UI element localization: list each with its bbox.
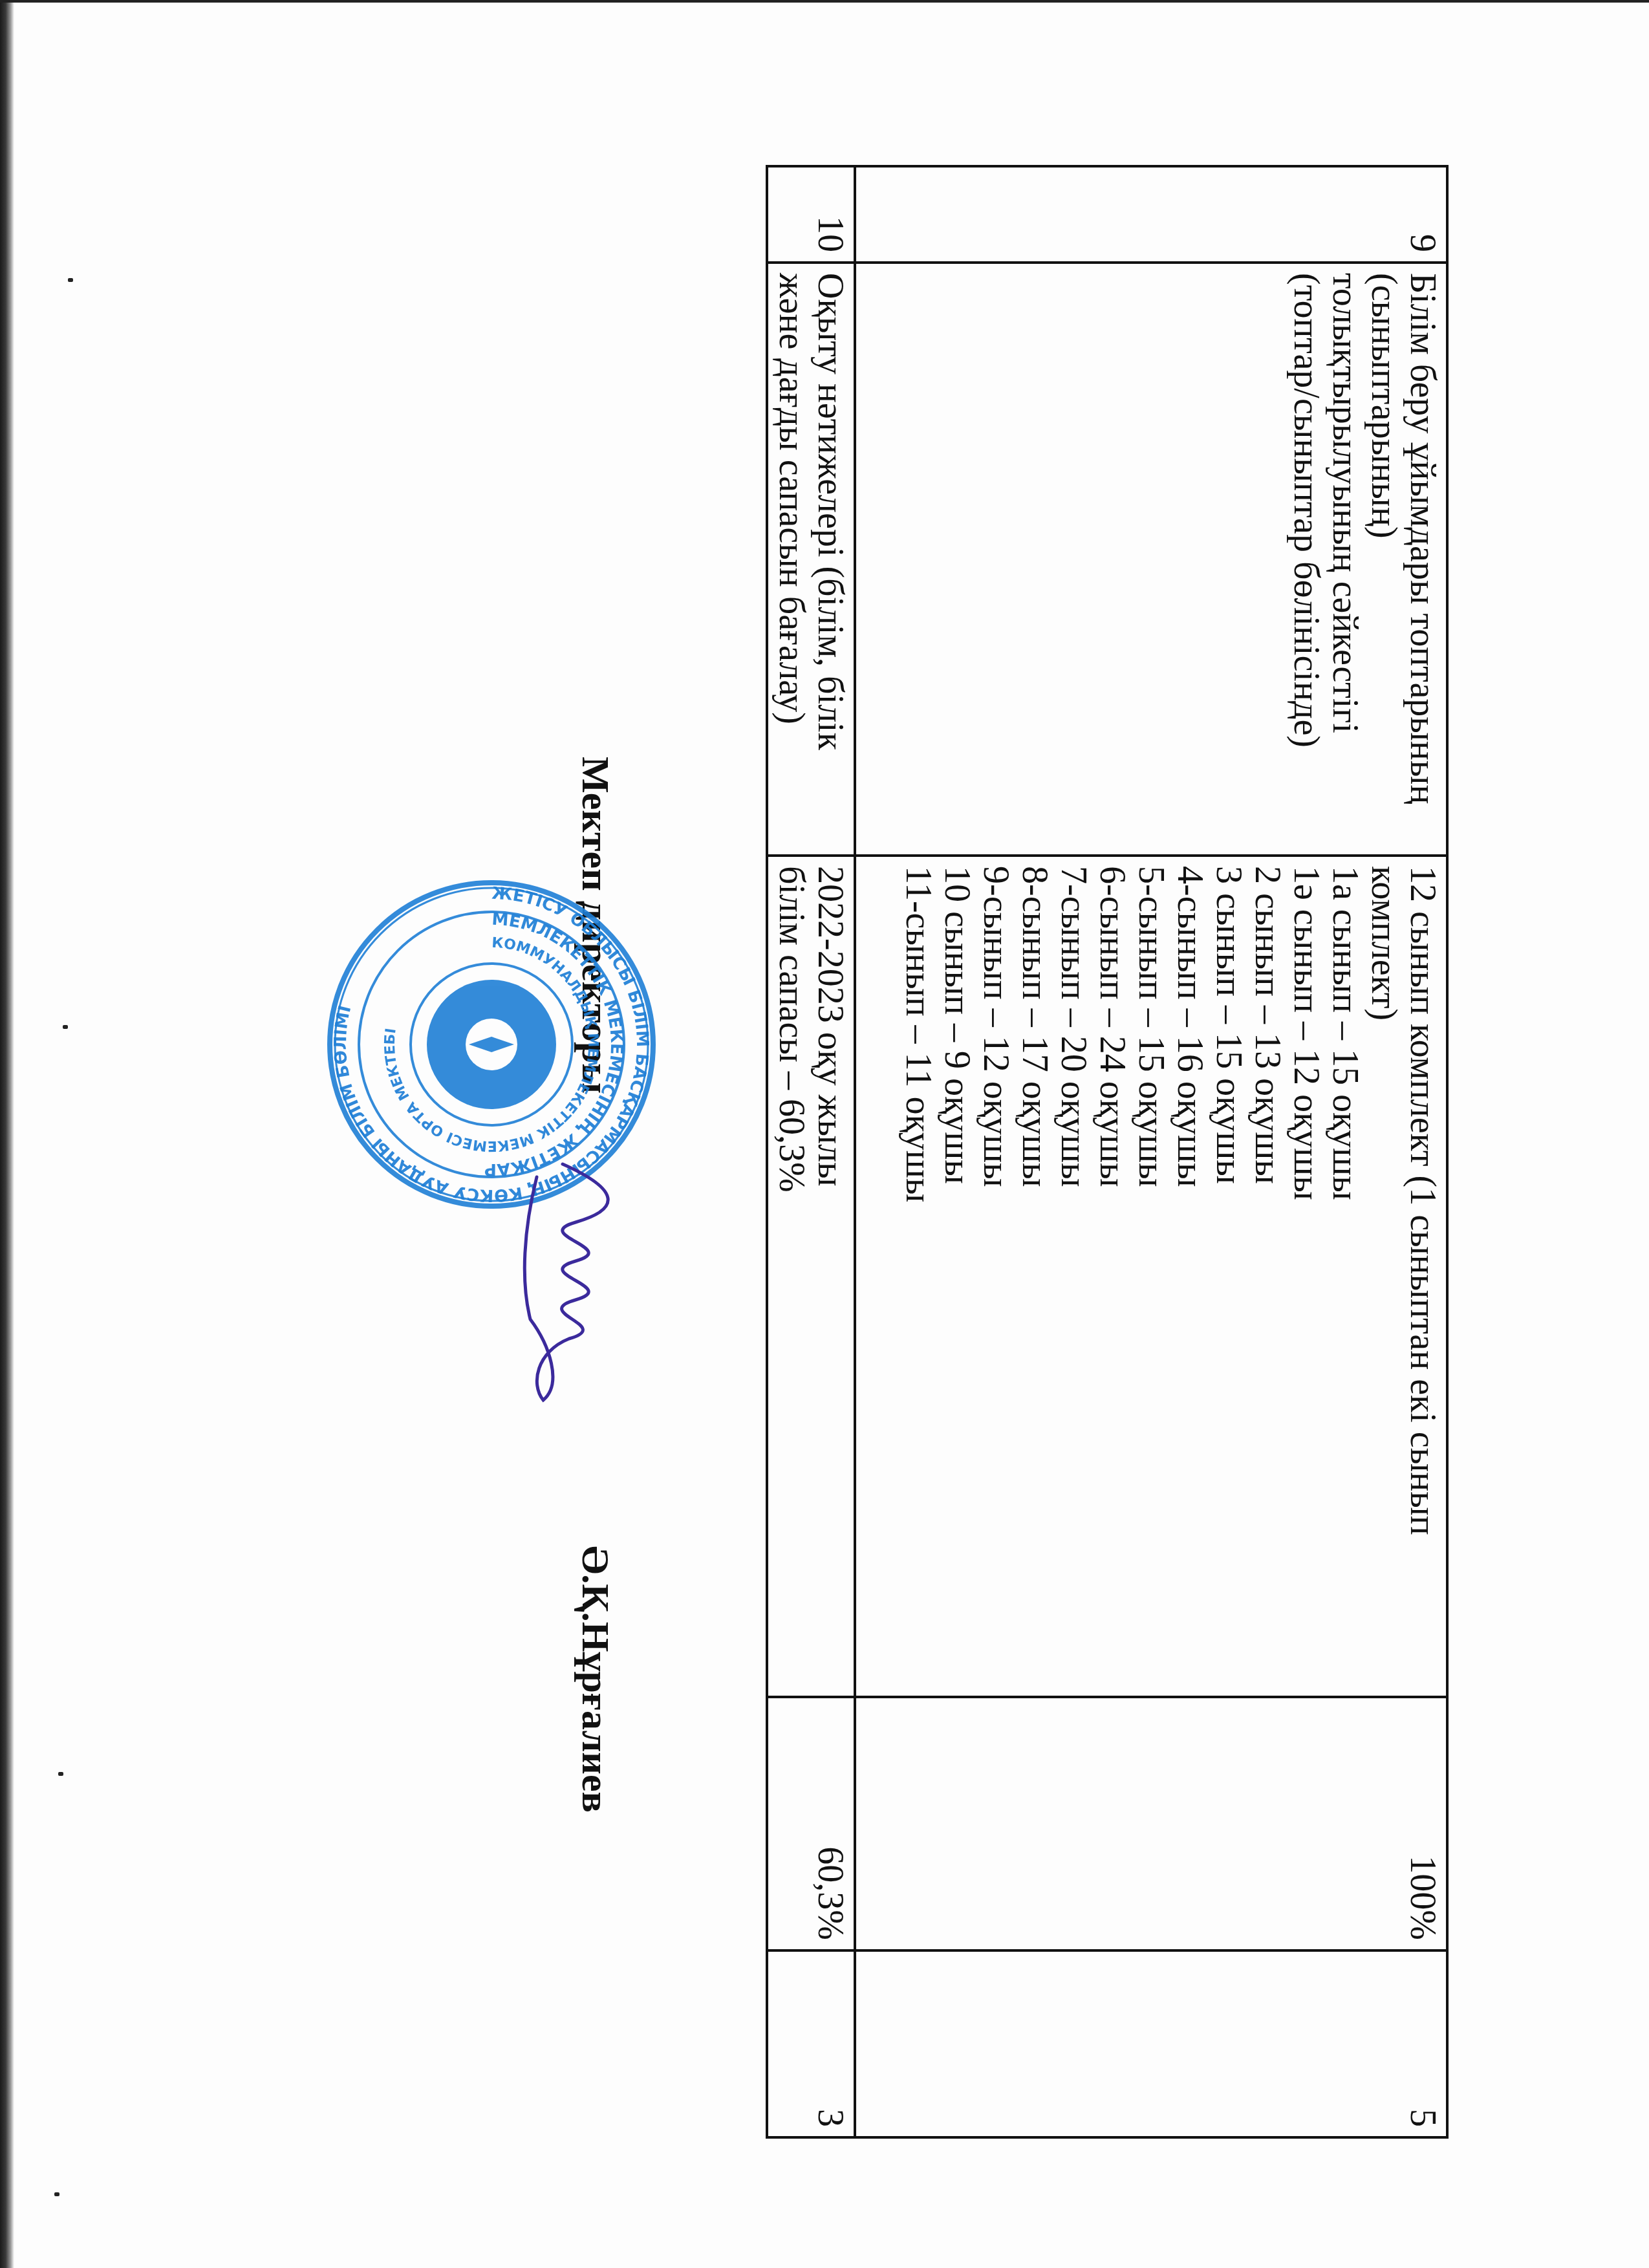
description-cell: 2022-2023 оқу жылы білім сапасы – 60,3% (767, 856, 855, 1697)
table-row: 10 Оқыту нәтижелері (білім, білік және д… (767, 166, 855, 2137)
criterion-cell: Оқыту нәтижелері (білім, білік және дағд… (767, 263, 855, 856)
value-cell: 60,3% (767, 1697, 855, 1950)
rotated-page: 9 Білім беру ұйымдары топтарының (сыныпт… (0, 0, 1649, 2268)
row-number: 9 (855, 166, 1447, 263)
table-row: 9 Білім беру ұйымдары топтарының (сыныпт… (855, 166, 1447, 2137)
description-cell: 12 сынып комплект (1 сыныптан екі сынып … (855, 856, 1447, 1697)
value-cell: 100% (855, 1697, 1447, 1950)
criterion-cell: Білім беру ұйымдары топтарының (сыныптар… (855, 263, 1447, 856)
score-cell: 5 (855, 1950, 1447, 2137)
score-cell: 3 (767, 1950, 855, 2137)
assessment-table: 9 Білім беру ұйымдары топтарының (сыныпт… (766, 165, 1449, 2139)
signer-name: Ә.Қ.Нұрғалиев (573, 1546, 618, 1813)
row-number: 10 (767, 166, 855, 263)
handwritten-signature-icon (517, 1151, 660, 1410)
